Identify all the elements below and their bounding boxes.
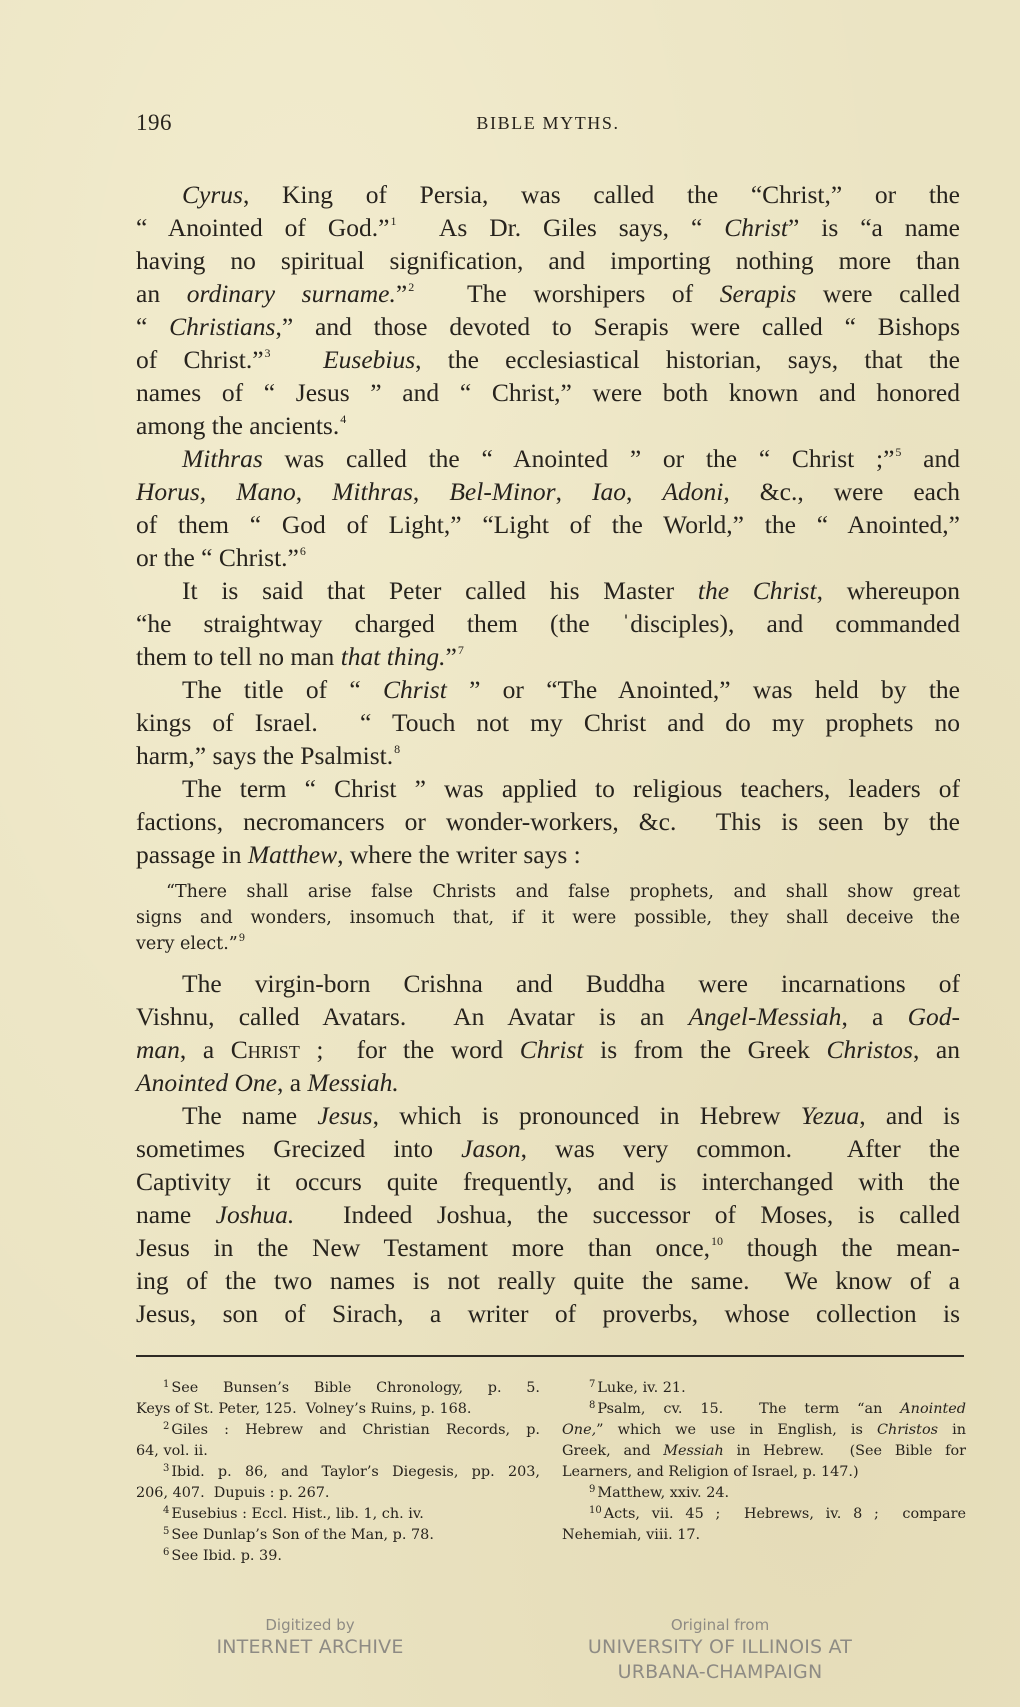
text-run: See Dunlap’s Son of the Man, p. 78.	[171, 1527, 434, 1543]
text-run: ,	[413, 477, 449, 506]
text-run: , was very common. After the	[521, 1134, 960, 1163]
text-run: , &c., were each	[723, 477, 960, 506]
footnotes-right-column: 7Luke, iv. 21.8Psalm, cv. 15. The term “…	[562, 1378, 966, 1546]
text-run: Jesus, son of Sirach, a writer of prover…	[136, 1299, 960, 1328]
footnote-number: 10	[589, 1505, 602, 1516]
text-line: signs and wonders, insomuch that, if it …	[136, 905, 960, 931]
text-run: , which is pronounced in Hebrew	[373, 1101, 801, 1130]
italic-text: Christians	[169, 312, 275, 341]
text-line: The term “ Christ ” was applied to relig…	[136, 772, 960, 805]
footnote-line: 4Eusebius : Eccl. Hist., lib. 1, ch. iv.	[136, 1504, 540, 1525]
text-run: in	[938, 1422, 966, 1438]
text-line: among the ancients.4	[136, 409, 960, 442]
text-line: kings of Israel. “ Touch not my Christ a…	[136, 706, 960, 739]
text-run: Jesus in the New Testament more than onc…	[136, 1233, 710, 1262]
footnote-line: 1See Bunsen’s Bible Chronology, p. 5.	[136, 1378, 540, 1399]
text-run: of Christ.”	[136, 345, 264, 374]
italic-text: Adoni	[662, 477, 723, 506]
footnote-ref: 4	[340, 412, 346, 426]
italic-text: Mithras	[182, 444, 263, 473]
text-run: 206, 407. Dupuis : p. 267.	[136, 1485, 329, 1501]
text-run: , and is	[859, 1101, 960, 1130]
footnote: 6See Ibid. p. 39.	[136, 1546, 540, 1567]
text-run: , a	[841, 1002, 907, 1031]
text-line: Anointed One, a Messiah.	[136, 1066, 960, 1099]
text-run: ,	[556, 477, 592, 506]
text-run: “There shall arise false Christs and fal…	[166, 882, 960, 902]
footnote-line: Greek, and Messiah in Hebrew. (See Bible…	[562, 1441, 966, 1462]
italic-text: man	[136, 1035, 180, 1064]
italic-text: Christ	[724, 213, 788, 242]
text-run: Matthew, xxiv. 24.	[597, 1485, 729, 1501]
text-line: passage in Matthew, where the writer say…	[136, 838, 960, 871]
italic-text: ordinary surname.	[187, 279, 396, 308]
watermark-caption: Digitized by	[180, 1615, 440, 1635]
text-line: It is said that Peter called his Master …	[136, 574, 960, 607]
text-run: ,	[626, 477, 662, 506]
italic-text: Angel-Messiah	[688, 1002, 841, 1031]
footnote-line: 8Psalm, cv. 15. The term “an Anointed	[562, 1399, 966, 1420]
text-line: Cyrus, King of Persia, was called the “C…	[136, 178, 960, 211]
text-line: “ Christians,” and those devoted to Sera…	[136, 310, 960, 343]
italic-text: the Christ	[698, 576, 817, 605]
text-line: Jesus, son of Sirach, a writer of prover…	[136, 1297, 960, 1330]
footnote: 2Giles : Hebrew and Christian Records, p…	[136, 1420, 540, 1462]
text-run: harm,” says the Psalmist.	[136, 741, 393, 770]
text-line: them to tell no man that thing.”7	[136, 640, 960, 673]
text-run: ,	[200, 477, 236, 506]
text-run: It is said that Peter called his Master	[182, 576, 698, 605]
text-run: “he straightway charged them (the ˈdisci…	[136, 609, 960, 638]
text-run: ,	[296, 477, 332, 506]
footnote: 1See Bunsen’s Bible Chronology, p. 5.Key…	[136, 1378, 540, 1420]
text-run: Christ	[231, 1035, 300, 1064]
digitized-by-watermark: Digitized by INTERNET ARCHIVE	[180, 1615, 440, 1660]
italic-text: that thing.	[341, 642, 446, 671]
text-run: See Ibid. p. 39.	[171, 1548, 282, 1564]
footnote-number: 8	[589, 1400, 595, 1411]
text-run: names of “ Jesus ” and “ Christ,” were b…	[136, 378, 960, 407]
text-run: , the ecclesiastical historian, says, th…	[415, 345, 960, 374]
italic-text: Bel-Minor	[449, 477, 555, 506]
text-line: factions, necromancers or wonder-workers…	[136, 805, 960, 838]
book-page: 196 BIBLE MYTHS. Cyrus, King of Persia, …	[0, 0, 1020, 1707]
text-run: ” or “The Anointed,” was held by the	[447, 675, 960, 704]
footnote-number: 4	[163, 1505, 169, 1516]
text-line: The virgin-born Crishna and Buddha were …	[136, 967, 960, 1000]
text-run: Greek, and	[562, 1443, 663, 1459]
text-run	[271, 345, 324, 374]
text-line: man, a Christ ; for the word Christ is f…	[136, 1033, 960, 1066]
footnote-rule	[136, 1355, 964, 1357]
italic-text: Anointed One	[136, 1068, 277, 1097]
running-head: 196 BIBLE MYTHS.	[136, 110, 960, 140]
footnote-line: 6See Ibid. p. 39.	[136, 1546, 540, 1567]
text-run: though the mean-	[723, 1233, 960, 1262]
text-run: Captivity it occurs quite frequently, an…	[136, 1167, 960, 1196]
italic-text: One,	[562, 1422, 596, 1438]
running-title: BIBLE MYTHS.	[136, 113, 960, 134]
footnote-line: 5See Dunlap’s Son of the Man, p. 78.	[136, 1525, 540, 1546]
text-run: Acts, vii. 45 ; Hebrews, iv. 8 ; compare	[604, 1506, 966, 1522]
text-line: Vishnu, called Avatars. An Avatar is an …	[136, 1000, 960, 1033]
text-run: in Hebrew. (See Bible for	[724, 1443, 966, 1459]
text-line: or the “ Christ.”6	[136, 541, 960, 574]
text-run: Giles : Hebrew and Christian Records, p.	[171, 1422, 540, 1438]
footnote: 7Luke, iv. 21.	[562, 1378, 966, 1399]
block-quote: “There shall arise false Christs and fal…	[136, 871, 960, 967]
footnote-line: 7Luke, iv. 21.	[562, 1378, 966, 1399]
text-run: The virgin-born Crishna and Buddha were …	[182, 969, 960, 998]
text-run: ” which we use in English, is	[596, 1422, 877, 1438]
text-run: signs and wonders, insomuch that, if it …	[136, 908, 960, 928]
footnote-line: 9Matthew, xxiv. 24.	[562, 1483, 966, 1504]
italic-text: Messiah.	[307, 1068, 398, 1097]
text-run: “	[136, 312, 169, 341]
original-from-watermark: Original from UNIVERSITY OF ILLINOIS AT …	[570, 1615, 870, 1685]
footnote: 3Ibid. p. 86, and Taylor’s Diegesis, pp.…	[136, 1462, 540, 1504]
text-run: them to tell no man	[136, 642, 341, 671]
footnote: 5See Dunlap’s Son of the Man, p. 78.	[136, 1525, 540, 1546]
footnote-line: 10Acts, vii. 45 ; Hebrews, iv. 8 ; compa…	[562, 1504, 966, 1525]
text-line: name Joshua. Indeed Joshua, the successo…	[136, 1198, 960, 1231]
text-run: Vishnu, called Avatars. An Avatar is an	[136, 1002, 688, 1031]
text-run: of them “ God of Light,” “Light of the W…	[136, 510, 960, 539]
watermark-org-continued: URBANA-CHAMPAIGN	[570, 1660, 870, 1685]
text-run: As Dr. Giles says, “	[396, 213, 724, 242]
text-line: of them “ God of Light,” “Light of the W…	[136, 508, 960, 541]
italic-text: Eusebius	[323, 345, 415, 374]
text-run: ; for the word	[300, 1035, 520, 1064]
text-line: harm,” says the Psalmist.8	[136, 739, 960, 772]
footnote-number: 1	[163, 1379, 169, 1390]
text-run: name	[136, 1200, 216, 1229]
text-line: The name Jesus, which is pronounced in H…	[136, 1099, 960, 1132]
text-line: Jesus in the New Testament more than onc…	[136, 1231, 960, 1264]
footnote-number: 5	[163, 1526, 169, 1537]
text-run: ,” and those devoted to Serapis were cal…	[275, 312, 960, 341]
text-run: , a	[180, 1035, 231, 1064]
text-run: The worshipers of	[414, 279, 720, 308]
text-line: sometimes Grecized into Jason, was very …	[136, 1132, 960, 1165]
text-run: 64, vol. ii.	[136, 1443, 208, 1459]
text-run: factions, necromancers or wonder-workers…	[136, 807, 960, 836]
italic-text: Mano	[236, 477, 296, 506]
text-run: or the “ Christ.”	[136, 543, 299, 572]
text-line: of Christ.”3 Eusebius, the ecclesiastica…	[136, 343, 960, 376]
footnote-number: 2	[163, 1421, 169, 1432]
footnote-line: 64, vol. ii.	[136, 1441, 540, 1462]
footnote-line: 2Giles : Hebrew and Christian Records, p…	[136, 1420, 540, 1441]
italic-text: Christos	[827, 1035, 913, 1064]
italic-text: Cyrus	[182, 180, 243, 209]
text-run: were called	[796, 279, 960, 308]
footnote-line: 3Ibid. p. 86, and Taylor’s Diegesis, pp.…	[136, 1462, 540, 1483]
italic-text: Matthew	[248, 840, 337, 869]
text-line: Horus, Mano, Mithras, Bel-Minor, Iao, Ad…	[136, 475, 960, 508]
text-run: passage in	[136, 840, 248, 869]
italic-text: Anointed	[900, 1401, 966, 1417]
text-run: and	[901, 444, 960, 473]
italic-text: Christ	[383, 675, 447, 704]
footnote-line: Nehemiah, viii. 17.	[562, 1525, 966, 1546]
text-run: , King of Persia, was called the “Christ…	[243, 180, 960, 209]
text-run: Ibid. p. 86, and Taylor’s Diegesis, pp. …	[171, 1464, 540, 1480]
footnote-ref: 6	[300, 544, 306, 558]
text-line: “ Anointed of God.”1 As Dr. Giles says, …	[136, 211, 960, 244]
paragraphs-before-quote: Cyrus, King of Persia, was called the “C…	[136, 178, 960, 871]
text-line: an ordinary surname.”2 The worshipers of…	[136, 277, 960, 310]
text-line: The title of “ Christ ” or “The Anointed…	[136, 673, 960, 706]
footnote: 4Eusebius : Eccl. Hist., lib. 1, ch. iv.	[136, 1504, 540, 1525]
text-run: an	[136, 279, 187, 308]
text-run: The title of “	[182, 675, 383, 704]
watermark-org: INTERNET ARCHIVE	[180, 1635, 440, 1660]
text-line: Captivity it occurs quite frequently, an…	[136, 1165, 960, 1198]
italic-text: Mithras	[332, 477, 413, 506]
footnote: 8Psalm, cv. 15. The term “an AnointedOne…	[562, 1399, 966, 1483]
footnote-number: 3	[163, 1463, 169, 1474]
text-line: Mithras was called the “ Anointed ” or t…	[136, 442, 960, 475]
watermark-caption: Original from	[570, 1615, 870, 1635]
text-run: , an	[913, 1035, 960, 1064]
text-run: , whereupon	[817, 576, 960, 605]
text-run: having no spiritual signification, and i…	[136, 246, 960, 275]
text-run: See Bunsen’s Bible Chronology, p. 5.	[171, 1380, 540, 1396]
italic-text: Jason	[461, 1134, 521, 1163]
text-run: Psalm, cv. 15. The term “an	[597, 1401, 900, 1417]
text-run: Luke, iv. 21.	[597, 1380, 685, 1396]
italic-text: Christ	[520, 1035, 584, 1064]
text-run: Learners, and Religion of Israel, p. 147…	[562, 1464, 859, 1480]
text-line: very elect.”9	[136, 931, 960, 957]
text-run: “ Anointed of God.”	[136, 213, 389, 242]
text-run: , a	[277, 1068, 307, 1097]
italic-text: Serapis	[720, 279, 797, 308]
italic-text: Yezua	[801, 1101, 860, 1130]
footnote-number: 7	[589, 1379, 595, 1390]
italic-text: Jesus	[317, 1101, 372, 1130]
footnote-line: Learners, and Religion of Israel, p. 147…	[562, 1462, 966, 1483]
text-run: was called the “ Anointed ” or the “ Chr…	[263, 444, 895, 473]
footnote-ref: 10	[711, 1234, 723, 1248]
footnote-number: 9	[589, 1484, 595, 1495]
text-run: , where the writer says :	[337, 840, 581, 869]
body-text: Cyrus, King of Persia, was called the “C…	[136, 178, 960, 1330]
watermark-org: UNIVERSITY OF ILLINOIS AT	[570, 1635, 870, 1660]
footnote: 10Acts, vii. 45 ; Hebrews, iv. 8 ; compa…	[562, 1504, 966, 1546]
text-line: “There shall arise false Christs and fal…	[136, 879, 960, 905]
text-line: having no spiritual signification, and i…	[136, 244, 960, 277]
footnote-ref: 8	[394, 742, 400, 756]
text-run: sometimes Grecized into	[136, 1134, 461, 1163]
footnote-ref: 7	[458, 643, 464, 657]
italic-text: God-	[908, 1002, 960, 1031]
text-run: ”	[396, 279, 407, 308]
text-run: The term “ Christ ” was applied to relig…	[182, 774, 960, 803]
text-run: Eusebius : Eccl. Hist., lib. 1, ch. iv.	[171, 1506, 424, 1522]
footnote-line: 206, 407. Dupuis : p. 267.	[136, 1483, 540, 1504]
text-run: Nehemiah, viii. 17.	[562, 1527, 700, 1543]
footnote-line: Keys of St. Peter, 125. Volney’s Ruins, …	[136, 1399, 540, 1420]
text-run: ”	[446, 642, 457, 671]
text-line: names of “ Jesus ” and “ Christ,” were b…	[136, 376, 960, 409]
text-run: Keys of St. Peter, 125. Volney’s Ruins, …	[136, 1401, 472, 1417]
text-run: is from the Greek	[584, 1035, 827, 1064]
footnote-number: 6	[163, 1547, 169, 1558]
footnote: 9Matthew, xxiv. 24.	[562, 1483, 966, 1504]
text-line: ing of the two names is not really quite…	[136, 1264, 960, 1297]
text-run: kings of Israel. “ Touch not my Christ a…	[136, 708, 960, 737]
footnote-ref: 9	[239, 933, 245, 944]
footnotes-left-column: 1See Bunsen’s Bible Chronology, p. 5.Key…	[136, 1378, 540, 1567]
text-run: among the ancients.	[136, 411, 339, 440]
italic-text: Iao	[592, 477, 626, 506]
paragraphs-after-quote: The virgin-born Crishna and Buddha were …	[136, 967, 960, 1330]
text-line: “he straightway charged them (the ˈdisci…	[136, 607, 960, 640]
italic-text: Christos	[877, 1422, 938, 1438]
italic-text: Horus	[136, 477, 200, 506]
text-run: very elect.”	[136, 934, 238, 954]
text-run: Indeed Joshua, the successor of Moses, i…	[294, 1200, 960, 1229]
text-run: ing of the two names is not really quite…	[136, 1266, 960, 1295]
italic-text: Messiah	[663, 1443, 723, 1459]
text-run: ” is “a name	[788, 213, 960, 242]
footnote-line: One,” which we use in English, is Christ…	[562, 1420, 966, 1441]
text-run: The name	[182, 1101, 317, 1130]
italic-text: Joshua.	[216, 1200, 295, 1229]
